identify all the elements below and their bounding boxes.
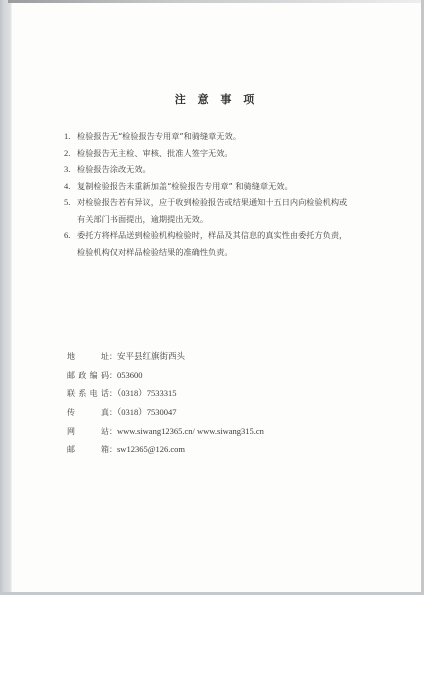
contact-value: www.siwang12365.cn/ www.siwang315.cn: [117, 426, 264, 436]
contact-info: 地 址：安平县红旗街西头 邮政编码：053600 联系电话：（0318）7533…: [67, 347, 387, 459]
notice-text-line-2: 检验机构仅对样品检验结果的准确性负责。: [77, 244, 384, 261]
contact-website: 网 站：www.siwang12365.cn/ www.siwang315.cn: [67, 422, 387, 441]
contact-label: 网 站: [67, 423, 109, 442]
notice-item-5: 5. 对检验报告若有异议，应于收到检验报告或结果通知十五日内向检验机构或 有关部…: [64, 194, 384, 227]
notice-item-6: 6. 委托方将样品送到检验机构检验时，样品及其信息的真实性由委托方负责， 检验机…: [64, 227, 384, 260]
contact-label: 联系电话: [67, 385, 109, 404]
notice-text-line-1: 委托方将样品送到检验机构检验时，样品及其信息的真实性由委托方负责，: [77, 227, 384, 244]
contact-phone: 联系电话：（0318）7533315: [67, 384, 387, 403]
notice-text-line-1: 对检验报告若有异议，应于收到检验报告或结果通知十五日内向检验机构或: [77, 194, 384, 211]
contact-email: 邮 箱：sw12365@126.com: [67, 440, 387, 459]
contact-label: 邮 箱: [67, 441, 109, 460]
contact-value: （0318）7533315: [117, 388, 177, 398]
contact-separator: ：: [109, 445, 117, 454]
notice-number: 5.: [64, 194, 70, 211]
notice-item-2: 2. 检验报告无主检、审核、批准人签字无效。: [64, 145, 384, 162]
contact-separator: ：: [109, 427, 117, 436]
notice-item-4: 4. 复制检验报告未重新加盖“检验报告专用章” 和骑缝章无效。: [64, 178, 384, 195]
notice-number: 3.: [64, 161, 70, 178]
contact-value: 安平县红旗街西头: [117, 351, 185, 361]
notice-number: 4.: [64, 178, 70, 195]
notice-text: 检验报告涂改无效。: [77, 161, 384, 178]
page-title: 注 意 事 项: [12, 91, 421, 107]
document-page: 注 意 事 项 1. 检验报告无“检验报告专用章”和骑缝章无效。 2. 检验报告…: [12, 3, 421, 589]
notice-text-line-2: 有关部门书面提出，逾期提出无效。: [77, 211, 384, 228]
notice-number: 6.: [64, 227, 70, 244]
notice-number: 1.: [64, 128, 70, 145]
notice-text: 复制检验报告未重新加盖“检验报告专用章” 和骑缝章无效。: [77, 178, 384, 195]
contact-fax: 传 真：（0318）7530047: [67, 403, 387, 422]
contact-postcode: 邮政编码：053600: [67, 366, 387, 385]
contact-address: 地 址：安平县红旗街西头: [67, 347, 387, 366]
notice-text: 检验报告无主检、审核、批准人签字无效。: [77, 145, 384, 162]
contact-label: 邮政编码: [67, 367, 109, 386]
contact-value: （0318）7530047: [117, 407, 177, 417]
contact-separator: ：: [109, 352, 117, 361]
contact-label: 地 址: [67, 348, 109, 367]
contact-separator: ：: [109, 389, 117, 398]
contact-label: 传 真: [67, 404, 109, 423]
notice-number: 2.: [64, 145, 70, 162]
contact-value: sw12365@126.com: [117, 444, 185, 454]
notice-item-3: 3. 检验报告涂改无效。: [64, 161, 384, 178]
notice-item-1: 1. 检验报告无“检验报告专用章”和骑缝章无效。: [64, 128, 384, 145]
contact-separator: ：: [109, 371, 117, 380]
contact-separator: ：: [109, 408, 117, 417]
notice-text: 检验报告无“检验报告专用章”和骑缝章无效。: [77, 128, 384, 145]
notices-list: 1. 检验报告无“检验报告专用章”和骑缝章无效。 2. 检验报告无主检、审核、批…: [64, 128, 384, 260]
contact-value: 053600: [117, 370, 143, 380]
